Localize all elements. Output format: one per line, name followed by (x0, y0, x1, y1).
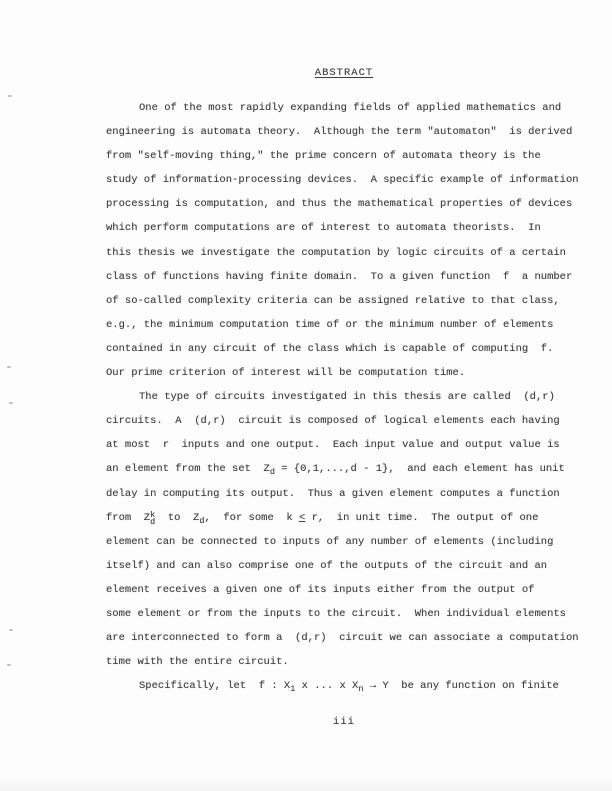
text-line: study of information-processing devices.… (106, 168, 592, 192)
scan-artifact-mark (9, 629, 13, 631)
text-line: element can be connected to inputs of an… (106, 530, 592, 554)
scan-artifact-mark (7, 664, 11, 666)
text-line: One of the most rapidly expanding fields… (106, 96, 592, 120)
text-line: are interconnected to form a (d,r) circu… (106, 626, 592, 650)
text-line: processing is computation, and thus the … (106, 192, 592, 216)
underlined-lte-symbol: < (299, 512, 305, 524)
text-line: which perform computations are of intere… (106, 216, 592, 240)
scan-artifact-mark (7, 366, 11, 368)
subscript: d (270, 467, 275, 477)
text-line: engineering is automata theory. Although… (106, 120, 592, 144)
text-line: class of functions having finite domain.… (106, 265, 592, 289)
page-number: iii (106, 716, 582, 728)
text-line: itself) and can also comprise one of the… (106, 554, 592, 578)
subscript: n (358, 684, 363, 694)
text-line: contained in any circuit of the class wh… (106, 337, 592, 361)
text-line: The type of circuits investigated in thi… (106, 385, 592, 409)
text-line: Our prime criterion of interest will be … (106, 361, 592, 385)
text-line: at most r inputs and one output. Each in… (106, 433, 592, 457)
paragraph: The type of circuits investigated in thi… (106, 385, 592, 674)
paragraph: One of the most rapidly expanding fields… (106, 96, 592, 385)
subscript: 1 (290, 684, 295, 694)
text-line: some element or from the inputs to the c… (106, 602, 592, 626)
abstract-title: ABSTRACT (106, 67, 582, 79)
text-line: circuits. A (d,r) circuit is composed of… (106, 409, 592, 433)
scan-artifact-mark (9, 402, 13, 404)
text-line: e.g., the minimum computation time of or… (106, 313, 592, 337)
document-page: ABSTRACT One of the most rapidly expandi… (0, 0, 612, 791)
sup-sub-stack: kd (150, 512, 155, 526)
subscript: d (199, 516, 204, 526)
text-line: of so-called complexity criteria can be … (106, 289, 592, 313)
text-line: delay in computing its output. Thus a gi… (106, 482, 592, 506)
document-body: One of the most rapidly expanding fields… (106, 96, 592, 698)
text-line: from Zkd to Zd, for some k < r, in unit … (106, 506, 592, 530)
text-line: time with the entire circuit. (106, 650, 592, 674)
text-line: an element from the set Zd = {0,1,...,d … (106, 457, 592, 481)
scan-artifact-mark (8, 95, 12, 97)
text-line: element receives a given one of its inpu… (106, 578, 592, 602)
text-line: Specifically, let f : X1 x ... x Xn → Y … (106, 674, 592, 698)
text-line: this thesis we investigate the computati… (106, 241, 592, 265)
text-line: from "self-moving thing," the prime conc… (106, 144, 592, 168)
paragraph: Specifically, let f : X1 x ... x Xn → Y … (106, 674, 592, 698)
